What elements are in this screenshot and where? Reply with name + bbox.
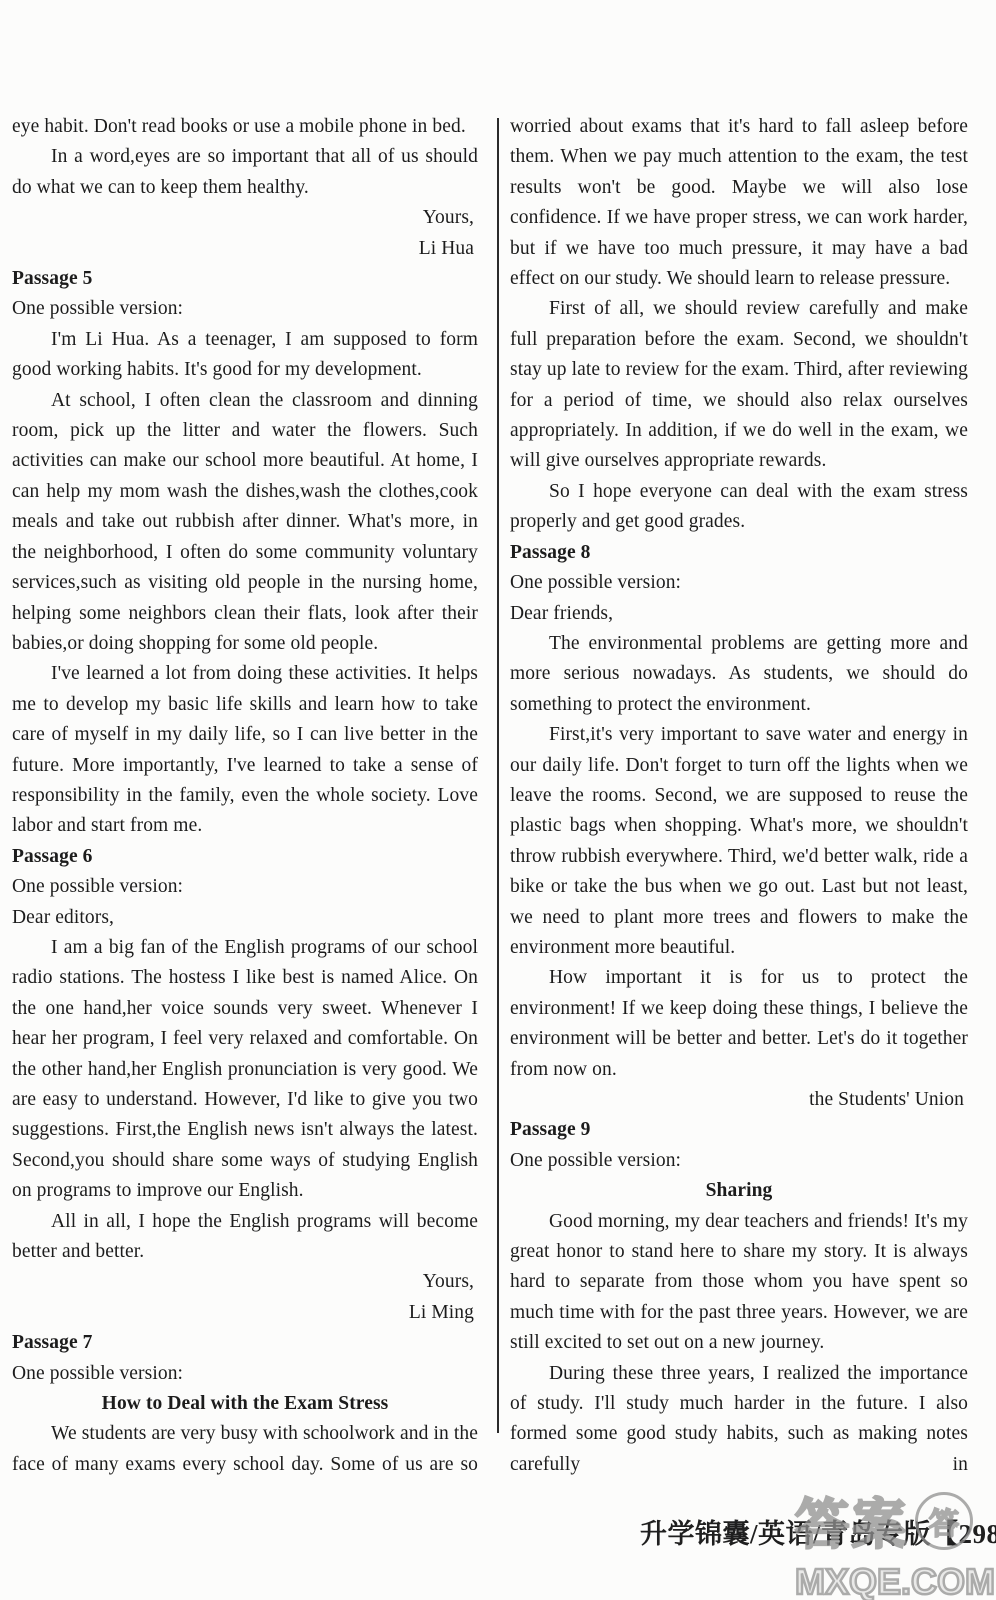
left-paragraph-6: I'm Li Hua. As a teenager, I am supposed…: [12, 325, 478, 386]
right-paragraph-11: One possible version:: [510, 1146, 968, 1176]
left-paragraph-12: I am a big fan of the English programs o…: [12, 933, 478, 1207]
left-paragraph-4: Passage 5: [12, 264, 478, 294]
column-left: eye habit. Don't read books or use a mob…: [12, 112, 478, 1480]
right-paragraph-8: How important it is for us to protect th…: [510, 963, 968, 1085]
left-paragraph-7: At school, I often clean the classroom a…: [12, 386, 478, 660]
left-paragraph-5: One possible version:: [12, 294, 478, 324]
right-paragraph-1: First of all, we should review carefully…: [510, 294, 968, 476]
left-paragraph-19: We students are very busy with schoolwor…: [12, 1419, 478, 1480]
right-paragraph-10: Passage 9: [510, 1115, 968, 1145]
left-paragraph-0: eye habit. Don't read books or use a mob…: [12, 112, 478, 142]
right-paragraph-9: the Students' Union: [510, 1085, 968, 1115]
right-paragraph-4: One possible version:: [510, 568, 968, 598]
left-paragraph-16: Passage 7: [12, 1328, 478, 1358]
right-paragraph-12: Sharing: [510, 1176, 968, 1206]
watermark-site-text: MXQE.COM: [795, 1561, 995, 1600]
left-paragraph-13: All in all, I hope the English programs …: [12, 1207, 478, 1268]
left-paragraph-10: One possible version:: [12, 872, 478, 902]
right-paragraph-7: First,it's very important to save water …: [510, 720, 968, 963]
left-paragraph-14: Yours,: [12, 1267, 478, 1297]
right-paragraph-5: Dear friends,: [510, 599, 968, 629]
column-right: worried about exams that it's hard to fa…: [510, 112, 968, 1480]
right-paragraph-3: Passage 8: [510, 538, 968, 568]
column-divider: [497, 118, 499, 1433]
left-paragraph-17: One possible version:: [12, 1359, 478, 1389]
right-paragraph-13: Good morning, my dear teachers and frien…: [510, 1207, 968, 1359]
answer-book-page: eye habit. Don't read books or use a mob…: [0, 0, 996, 1600]
left-paragraph-1: In a word,eyes are so important that all…: [12, 142, 478, 203]
left-paragraph-2: Yours,: [12, 203, 478, 233]
right-paragraph-2: So I hope everyone can deal with the exa…: [510, 477, 968, 538]
left-paragraph-3: Li Hua: [12, 234, 478, 264]
left-paragraph-9: Passage 6: [12, 842, 478, 872]
page-footer-imprint: 升学锦囊/英语/青岛专版【298】: [640, 1512, 970, 1551]
left-paragraph-11: Dear editors,: [12, 903, 478, 933]
left-paragraph-8: I've learned a lot from doing these acti…: [12, 659, 478, 841]
right-paragraph-14: During these three years, I realized the…: [510, 1359, 968, 1481]
left-paragraph-18: How to Deal with the Exam Stress: [12, 1389, 478, 1419]
left-paragraph-15: Li Ming: [12, 1298, 478, 1328]
right-paragraph-6: The environmental problems are getting m…: [510, 629, 968, 720]
right-paragraph-0: worried about exams that it's hard to fa…: [510, 112, 968, 294]
